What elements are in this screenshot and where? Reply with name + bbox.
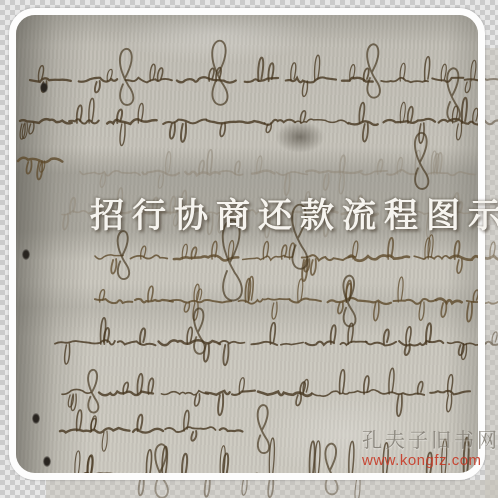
kongfz-watermark-name: 孔夫子旧书网 (362, 430, 498, 450)
chinese-watermark-title: 招行协商还款流程图示范 (90, 188, 498, 237)
binding-hole (22, 249, 30, 260)
photo-frame (9, 8, 485, 480)
transparency-checkerboard: 招行协商还款流程图示范 孔夫子旧书网 www.kongfz.com (0, 0, 498, 498)
photo-bleed-bottom (46, 480, 498, 498)
binding-hole (32, 413, 40, 424)
handwriting-scribbles-bleed (46, 480, 498, 498)
kongfz-watermark-url: www.kongfz.com (362, 453, 498, 468)
manuscript-photo (16, 15, 478, 473)
handwriting-scribbles (9, 8, 485, 480)
binding-hole (40, 82, 48, 93)
kongfz-watermark: 孔夫子旧书网 www.kongfz.com (362, 430, 498, 468)
binding-hole (43, 456, 51, 467)
